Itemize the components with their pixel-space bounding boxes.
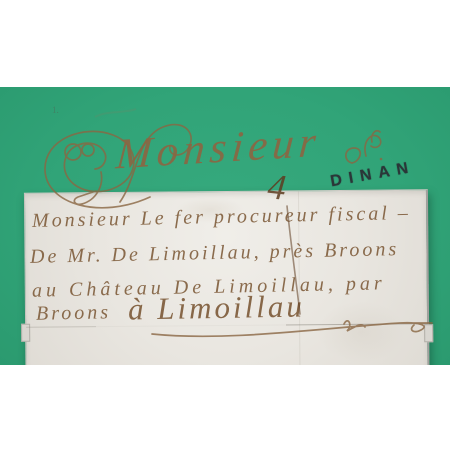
letterbox-top — [0, 0, 450, 87]
pencil-mark: 1. — [52, 105, 59, 115]
letterbox-bottom — [0, 365, 450, 450]
destination-script: à Limoillau — [128, 288, 305, 327]
address-line-4: Broons — [36, 301, 112, 326]
fold-flap-right — [424, 324, 433, 342]
photo-of-antique-letter: 1. Monsieur 4 DINAN Monsieur Le fer proc… — [0, 0, 450, 450]
paper-stain — [316, 300, 407, 363]
